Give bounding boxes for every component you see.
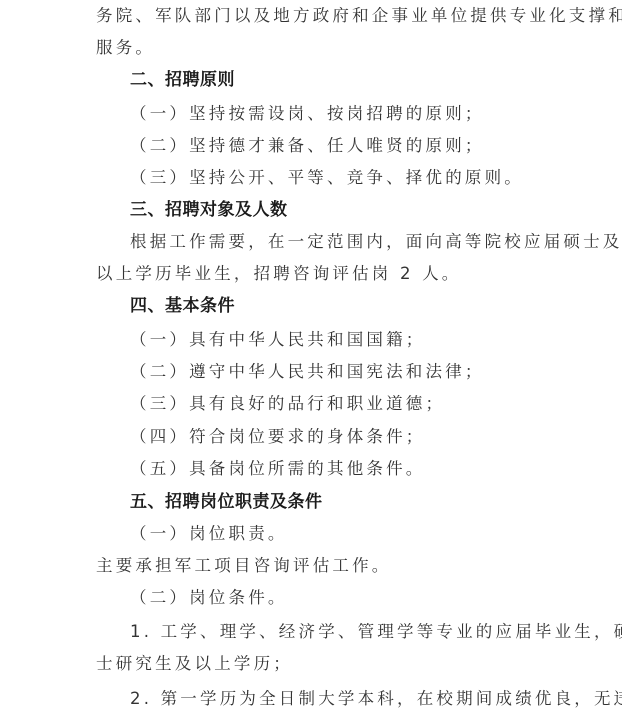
paragraph-line: 1. 工学、理学、经济学、管理学等专业的应届毕业生，硕 [130,621,622,643]
list-item: （三）具有良好的品行和职业道德； [130,393,445,415]
paragraph-line: 务院、军队部门以及地方政府和企事业单位提供专业化支撑和 [96,5,622,27]
section-heading-targets: 三、招聘对象及人数 [130,199,288,221]
list-item: （五）具备岗位所需的其他条件。 [130,458,426,480]
paragraph-line: 以上学历毕业生，招聘咨询评估岗 2 人。 [96,263,462,285]
paragraph-line: 服务。 [96,37,155,59]
list-item: （一）具有中华人民共和国国籍； [130,329,426,351]
section-heading-duties: 五、招聘岗位职责及条件 [130,491,323,513]
paragraph-line: 根据工作需要，在一定范围内，面向高等院校应届硕士及 [130,231,622,253]
section-heading-conditions: 四、基本条件 [130,295,235,317]
list-item: （四）符合岗位要求的身体条件； [130,426,426,448]
paragraph-line: 主要承担军工项目咨询评估工作。 [96,555,392,577]
list-item: （二）坚持德才兼备、任人唯贤的原则； [130,135,485,157]
list-item: （一）岗位职责。 [130,523,288,545]
list-item: （二）岗位条件。 [130,587,288,609]
section-heading-principles: 二、招聘原则 [130,69,235,91]
list-item: （一）坚持按需设岗、按岗招聘的原则； [130,103,485,125]
list-item: （三）坚持公开、平等、竞争、择优的原则。 [130,167,524,189]
paragraph-line: 士研究生及以上学历； [96,653,293,675]
paragraph-line: 2. 第一学历为全日制大学本科，在校期间成绩优良，无违 [130,688,622,710]
list-item: （二）遵守中华人民共和国宪法和法律； [130,361,485,383]
